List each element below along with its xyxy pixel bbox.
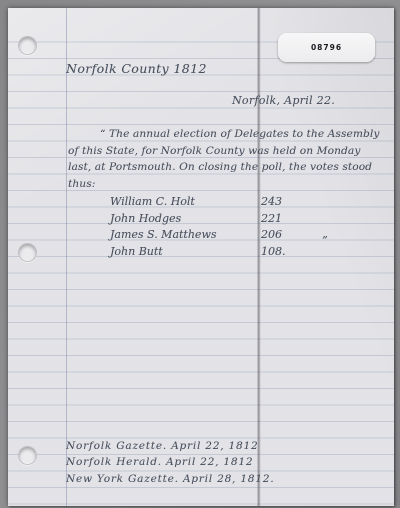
vote-results-list: William C. Holt 243 John Hodges 221 Jame… xyxy=(106,195,336,261)
citation-line: Norfolk Herald. April 22, 1812 xyxy=(66,456,274,472)
result-row: John Hodges 221 xyxy=(106,212,336,229)
vote-count: 243 xyxy=(261,195,282,208)
result-row: James S. Matthews 206 xyxy=(106,228,336,245)
dateline: Norfolk, April 22. xyxy=(232,94,335,107)
catalog-number: 08796 xyxy=(311,43,342,52)
source-citations: Norfolk Gazette. April 22, 1812 Norfolk … xyxy=(66,440,274,489)
candidate-name: John Hodges xyxy=(110,212,181,225)
punch-hole-middle xyxy=(18,243,37,262)
vote-count: 108. xyxy=(261,245,286,258)
candidate-name: John Butt xyxy=(110,245,163,258)
scanned-document-page: 08796 Norfolk County 1812 Norfolk, April… xyxy=(8,8,394,506)
margin-rule-line xyxy=(66,8,67,506)
citation-line: Norfolk Gazette. April 22, 1812 xyxy=(66,440,274,456)
vote-count: 221 xyxy=(261,212,282,225)
candidate-name: William C. Holt xyxy=(110,195,195,208)
result-row: William C. Holt 243 xyxy=(106,195,336,212)
vote-count: 206 xyxy=(261,228,282,241)
page-title: Norfolk County 1812 xyxy=(66,61,207,76)
closing-quote-mark: ” xyxy=(322,234,328,247)
candidate-name: James S. Matthews xyxy=(110,228,217,241)
citation-line: New York Gazette. April 28, 1812. xyxy=(66,473,274,489)
catalog-number-sticker: 08796 xyxy=(278,33,375,62)
result-row: John Butt 108. xyxy=(106,245,336,262)
body-paragraph: “ The annual election of Delegates to th… xyxy=(68,126,380,192)
punch-hole-bottom xyxy=(18,446,37,465)
punch-hole-top xyxy=(18,36,37,55)
